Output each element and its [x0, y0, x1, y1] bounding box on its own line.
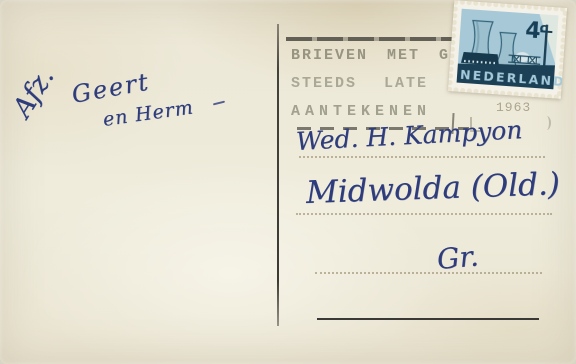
- address-dotted-line-2: [296, 213, 552, 215]
- address-line3-handwriting: Gr.: [436, 239, 480, 275]
- postmark-slogan-line2: STEEDS LATE: [291, 75, 428, 92]
- address-divider-line: [277, 24, 279, 326]
- stamp-denomination-unit: c: [539, 21, 548, 37]
- stray-pen-mark: [213, 101, 225, 106]
- postmark-year: 1963: [496, 100, 531, 115]
- sender-prefix-handwriting: Afz.: [7, 63, 61, 123]
- sender-name-handwriting: Geert: [70, 68, 152, 109]
- postmark-faint-mark-right: [542, 116, 551, 130]
- postcard-back: Afz. Geert en Herm BRIEVEN MET GELD STEE…: [0, 0, 576, 364]
- address-line1-handwriting: Wed. H. Kampyon: [295, 115, 523, 156]
- postage-stamp: 4 c NEDERLAND: [448, 0, 567, 99]
- address-line2-handwriting: Midwolda (Old.): [305, 166, 560, 211]
- sender-name2-handwriting: en Herm: [101, 96, 195, 131]
- address-dotted-line-3: [315, 272, 542, 274]
- postmark-slogan-line3: AANTEKENEN: [291, 103, 431, 120]
- address-dotted-line-1: [299, 156, 545, 158]
- address-solid-line: [317, 318, 539, 320]
